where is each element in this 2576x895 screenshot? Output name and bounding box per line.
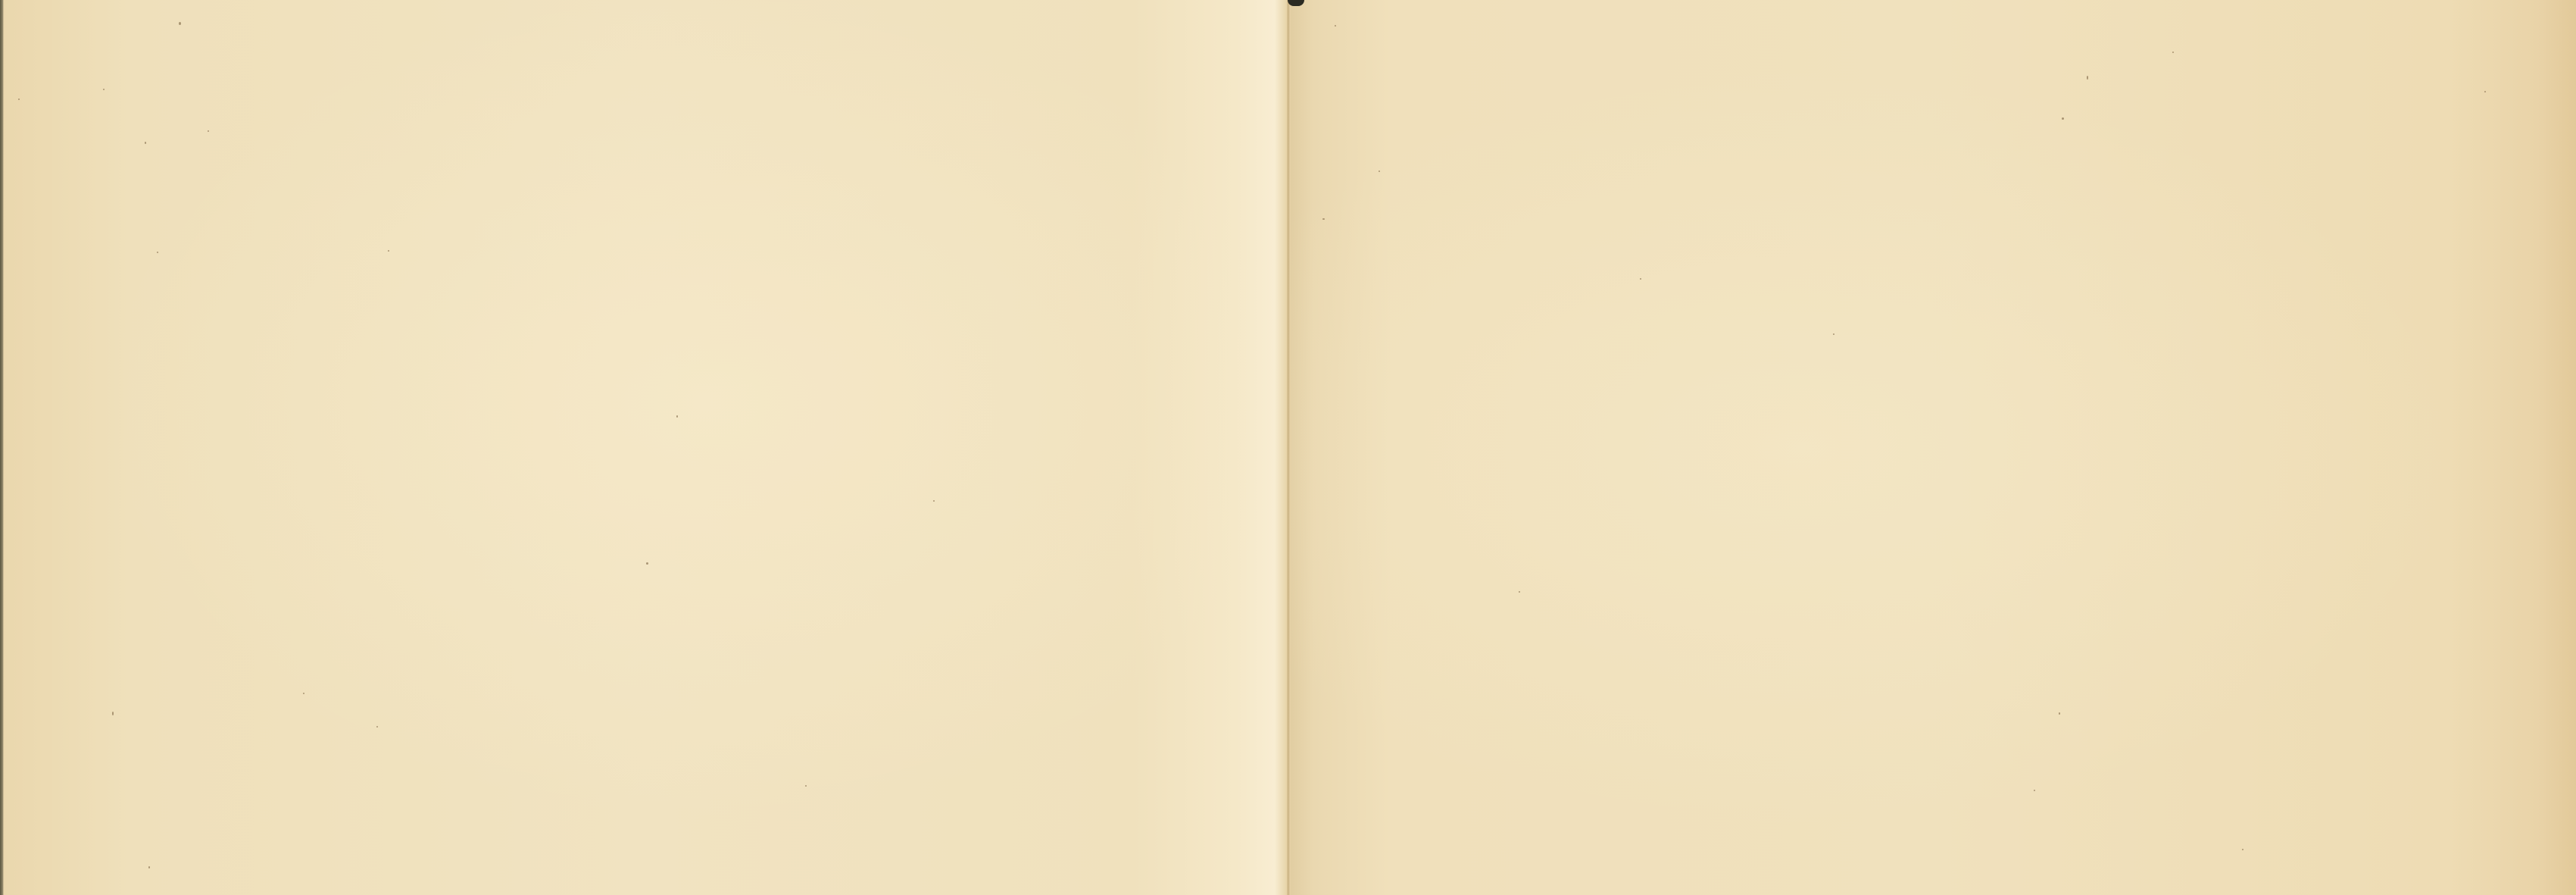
paper-fleck — [376, 726, 378, 728]
paper-fleck — [2484, 91, 2486, 92]
book-spread — [0, 0, 2576, 895]
paper-fleck — [208, 130, 209, 132]
paper-fleck — [1519, 591, 1520, 593]
paper-fleck — [103, 89, 105, 90]
paper-fleck — [2242, 849, 2243, 850]
paper-fleck — [1640, 278, 1641, 280]
paper-fleck — [676, 415, 678, 418]
paper-fleck — [2059, 712, 2060, 715]
paper-fleck — [388, 250, 389, 252]
paper-fleck — [1322, 218, 1325, 220]
right-page — [1288, 0, 2576, 895]
paper-fleck — [805, 785, 807, 787]
paper-fleck — [1335, 25, 1336, 27]
paper-fleck — [2172, 52, 2174, 53]
paper-fleck — [2062, 117, 2064, 120]
paper-fleck — [303, 693, 304, 694]
book-cover-edge — [0, 0, 4, 895]
spine-gutter — [1286, 0, 1291, 895]
paper-fleck — [157, 252, 158, 253]
paper-fleck — [2087, 76, 2088, 80]
paper-fleck — [1379, 171, 1380, 172]
paper-fleck — [179, 22, 181, 25]
paper-fleck — [933, 500, 935, 502]
paper-fleck — [112, 712, 114, 715]
paper-fleck — [1833, 333, 1834, 335]
paper-fleck — [18, 99, 20, 100]
paper-fleck — [646, 562, 648, 565]
left-page — [0, 0, 1288, 895]
paper-fleck — [2034, 790, 2035, 791]
paper-fleck — [148, 866, 150, 868]
paper-fleck — [145, 142, 146, 144]
